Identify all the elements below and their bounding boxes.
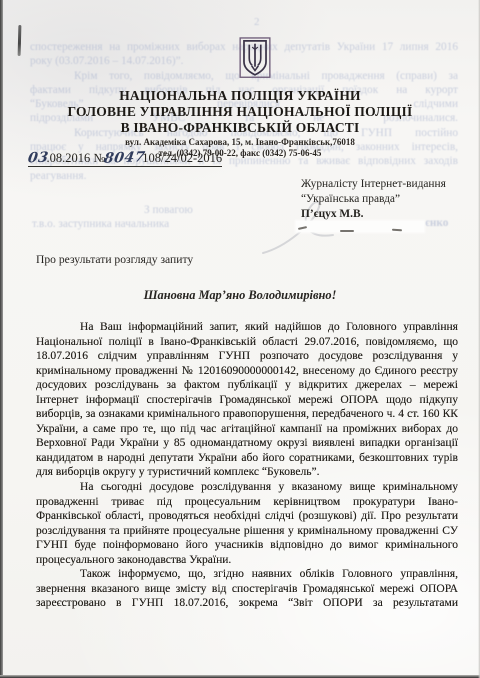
- handwritten-day: 03: [27, 150, 50, 167]
- typed-date: .08.2016 №: [46, 151, 105, 165]
- reference-number-line: 03.08.2016 №8047108/24/02-2016: [28, 150, 222, 166]
- scan-edge-left: [0, 0, 3, 678]
- bleed-signoff-title: т.в.о. заступника начальника: [32, 217, 169, 231]
- org-name-line1: НАЦІОНАЛЬНА ПОЛІЦІЯ УКРАЇНИ: [28, 88, 452, 104]
- typed-number: 108/24/02-2016: [142, 151, 222, 165]
- org-address: вул. Академіка Сахарова, 15, м. Івано-Фр…: [28, 137, 452, 147]
- org-name-line2: ГОЛОВНЕ УПРАВЛІННЯ НАЦІОНАЛЬНОЇ ПОЛІЦІЇ: [28, 104, 452, 120]
- ukraine-trident-emblem-icon: [238, 37, 272, 83]
- bleed-signoff-regards: З повагою: [144, 203, 193, 217]
- recipient-organization: “Українська правда”: [301, 192, 476, 207]
- redaction-whiteout-strip: [296, 221, 424, 232]
- body-paragraph-1: На Ваш інформаційний запит, який надійшо…: [36, 320, 458, 480]
- recipient-name: П’єцух М.В.: [301, 207, 476, 222]
- body-paragraph-3: Також інформуємо, що, згідно наявних обл…: [36, 567, 458, 611]
- org-name-line3: В ІВАНО-ФРАНКІВСЬКІЙ ОБЛАСТІ: [28, 120, 452, 136]
- salutation-line: Шановна Мар’яно Володимирівно!: [28, 288, 452, 303]
- scanned-letter-page: 2 спостереження на проміжних виборах нар…: [0, 0, 480, 678]
- ink-smudge: [340, 230, 354, 232]
- recipient-role: Журналісту Інтернет-видання: [301, 177, 476, 192]
- letter-body: На Ваш інформаційний запит, який надійшо…: [36, 320, 458, 611]
- recipient-block: Журналісту Інтернет-видання “Українська …: [301, 177, 476, 221]
- pen-mark-artifact: [18, 25, 22, 56]
- bleed-page-number: 2: [254, 15, 260, 29]
- ink-smudge: [298, 226, 307, 230]
- handwritten-outgoing-number: 8047: [103, 149, 146, 166]
- body-paragraph-2: На сьогодні досудове розслідування у вка…: [36, 480, 458, 567]
- ink-smudge: [392, 229, 402, 231]
- subject-line: Про результати розгляду запиту: [36, 253, 193, 266]
